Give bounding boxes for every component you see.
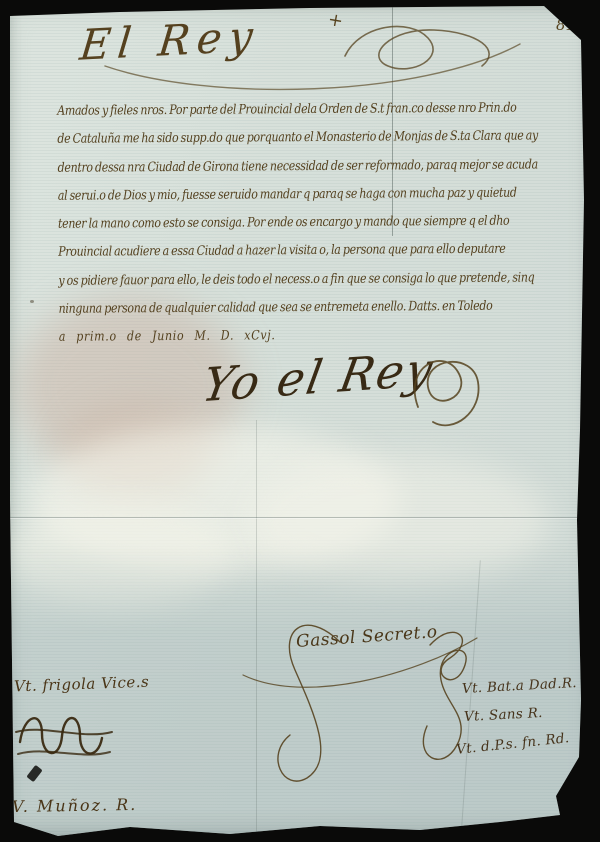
paper-hole-mark	[26, 765, 42, 782]
left-rubric-icon	[12, 702, 117, 774]
signature-right-2: Vt. Sans R.	[464, 705, 543, 725]
letter-heading: El Rey	[78, 11, 263, 70]
water-stain-3	[10, 500, 230, 610]
fold-crease-vertical-bottom	[460, 560, 481, 841]
letter-body: Amados y fieles nros. Por parte del Prou…	[57, 94, 574, 352]
fold-crease-horizontal	[0, 517, 600, 518]
royal-signature: Yo el Rey	[198, 342, 438, 413]
signature-frigola: Vt. frigola Vice.s	[14, 673, 150, 696]
body-line: y os pidiere fauor para ello, le deis to…	[58, 265, 496, 296]
signature-right-3: Vt. d.P.s. fn. Rd.	[455, 730, 570, 758]
body-line: ninguna persona de qualquier calidad que…	[59, 293, 497, 324]
body-line: tener la mano como esto se consiga. Por …	[58, 208, 496, 239]
fold-crease-vertical-mid	[256, 420, 257, 842]
body-line: dentro dessa nra Ciudad de Girona tiene …	[58, 151, 496, 182]
body-line: al serui.o de Dios y mio, fuesse seruido…	[58, 180, 496, 211]
body-line: Amados y fieles nros. Por parte del Prou…	[57, 95, 495, 126]
secretary-signature: Gassol Secret.o	[295, 622, 438, 652]
folio-number-bottom: 91	[566, 784, 584, 801]
signature-right-1: Vt. Bat.a Dad.R.	[462, 675, 578, 697]
signature-munoz: V. Muñoz. R.	[12, 795, 138, 816]
folio-number-top: 81	[556, 16, 575, 34]
body-line: Prouincial acudiere a essa Ciudad a haze…	[58, 236, 496, 267]
body-line: de Cataluña me ha sido supp.do que porqu…	[57, 123, 495, 154]
photo-backdrop: + El Rey 81 Amados y fieles nros. Por pa…	[0, 0, 600, 842]
invocation-cross-icon: +	[326, 9, 345, 32]
stain-pink-small	[60, 400, 210, 510]
water-stain-2	[250, 455, 550, 585]
ink-speck	[30, 300, 34, 303]
water-stain	[30, 425, 400, 575]
manuscript-page: + El Rey 81 Amados y fieles nros. Por pa…	[0, 0, 600, 842]
